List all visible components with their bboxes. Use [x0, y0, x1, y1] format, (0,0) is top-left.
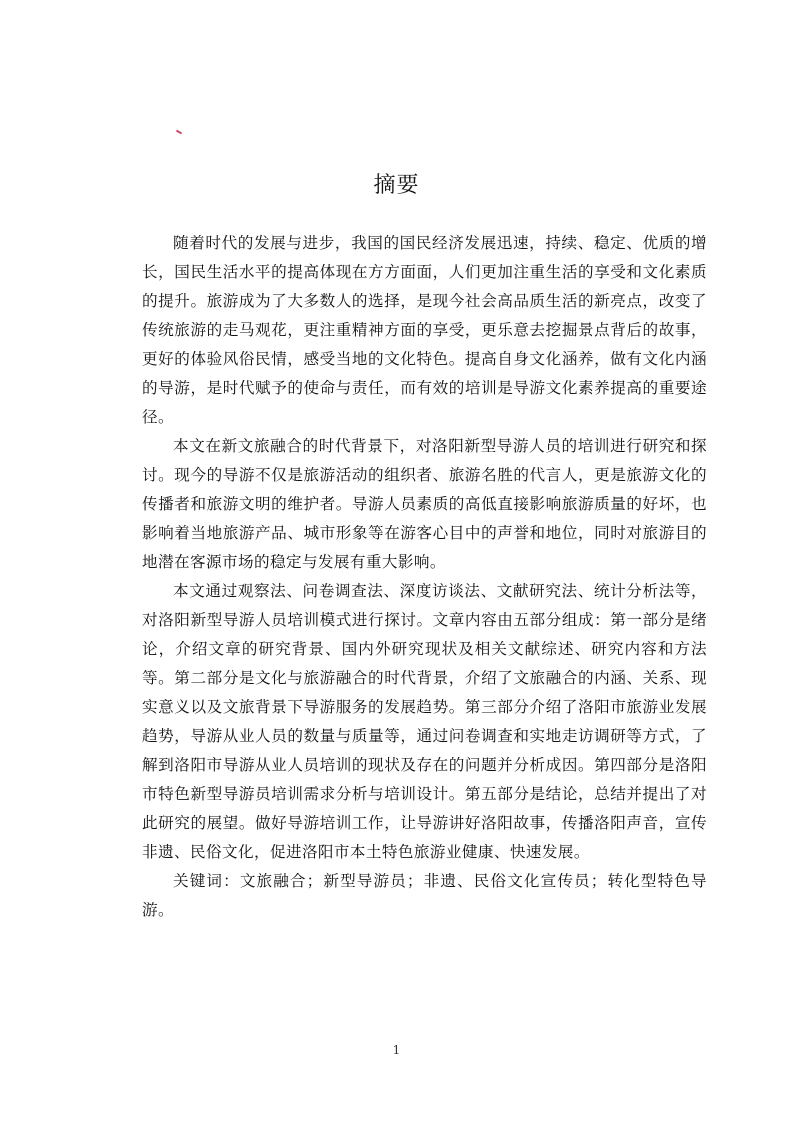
- abstract-title: 摘要: [0, 168, 793, 199]
- paragraph-context: 本文在新文旅融合的时代背景下，对洛阳新型导游人员的培训进行研究和探讨。现今的导游…: [142, 432, 707, 577]
- abstract-body: 随着时代的发展与进步，我国的国民经济发展迅速，持续、稳定、优质的增长，国民生活水…: [142, 229, 707, 925]
- stray-mark: [176, 130, 182, 135]
- document-page: 摘要 随着时代的发展与进步，我国的国民经济发展迅速，持续、稳定、优质的增长，国民…: [0, 0, 793, 1122]
- page-number: 1: [0, 1043, 793, 1057]
- paragraph-background: 随着时代的发展与进步，我国的国民经济发展迅速，持续、稳定、优质的增长，国民生活水…: [142, 229, 707, 432]
- paragraph-keywords: 关键词：文旅融合；新型导游员；非遗、民俗文化宣传员；转化型特色导游。: [142, 867, 707, 925]
- paragraph-structure: 本文通过观察法、问卷调查法、深度访谈法、文献研究法、统计分析法等，对洛阳新型导游…: [142, 577, 707, 867]
